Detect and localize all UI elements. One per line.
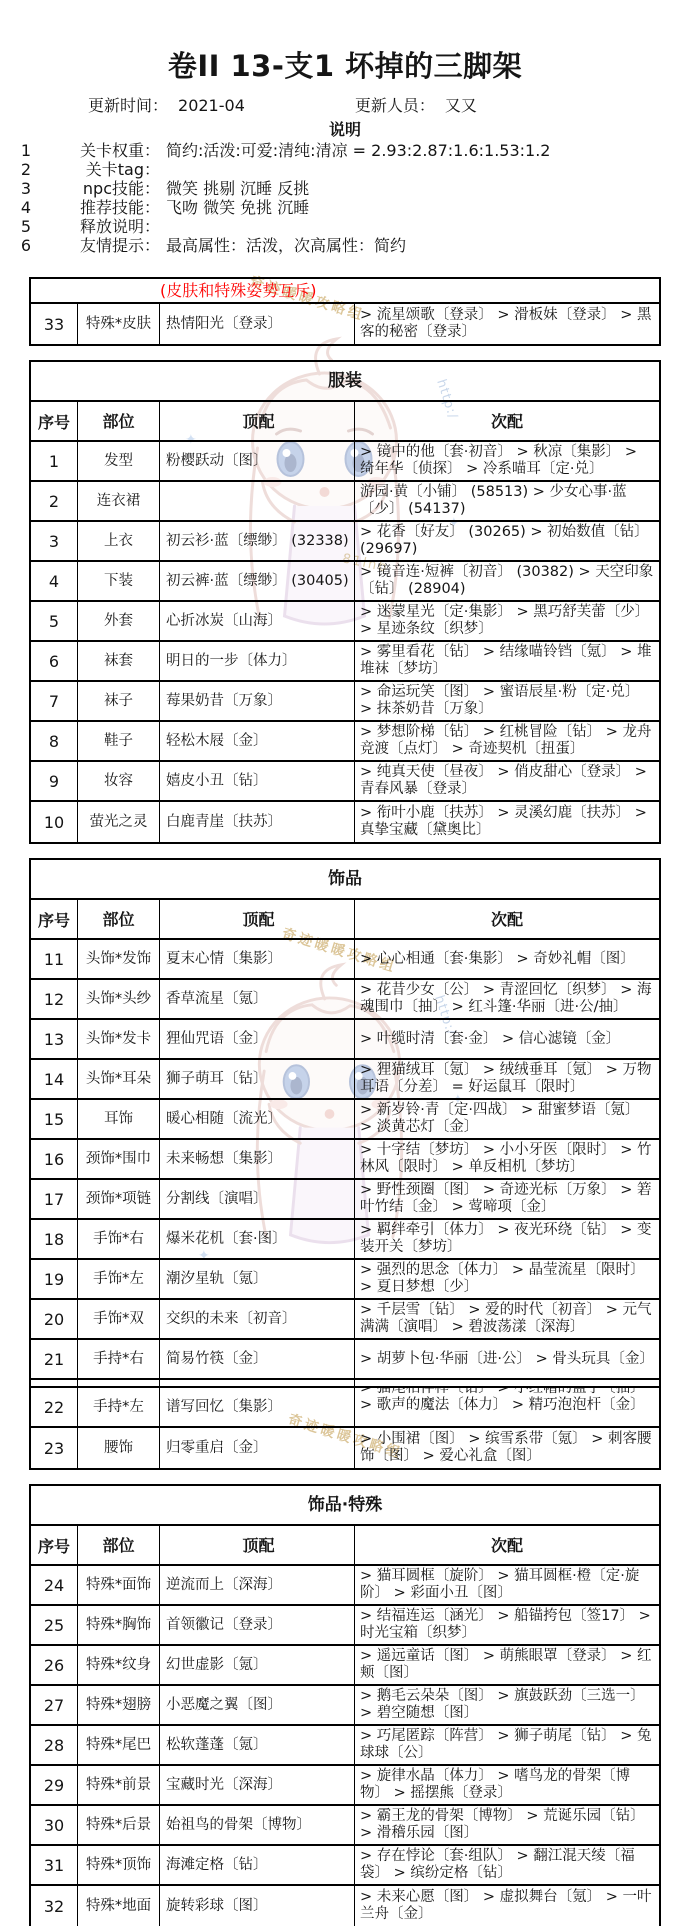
header-cell: 部位: [78, 900, 160, 938]
row-number-cell: 23: [31, 1428, 78, 1468]
part-cell: 手持*右: [78, 1340, 160, 1378]
part-cell: 特殊*胸饰: [78, 1606, 160, 1644]
table-row: 5外套心折冰炭〔山海〕> 迷蒙星光〔定·集影〕 > 黑巧舒芙蕾〔少〕 > 星迹条…: [31, 602, 659, 642]
row-number-cell: 11: [31, 940, 78, 978]
note-row: 3 npc技能： 微笑 挑剔 沉睡 反挑: [0, 179, 690, 198]
row-number-cell: 5: [31, 602, 78, 640]
part-cell: 颈饰*项链: [78, 1180, 160, 1218]
row-number-cell: 20: [31, 1300, 78, 1338]
note-text: [166, 217, 690, 236]
row-number-cell: 25: [31, 1606, 78, 1644]
top-pick-cell: 未来畅想〔集影〕: [160, 1140, 355, 1178]
next-pick-cell: > 迷蒙星光〔定·集影〕 > 黑巧舒芙蕾〔少〕 > 星迹条纹〔织梦〕: [355, 602, 659, 640]
next-pick-text: > 狸猫绒耳〔氪〕 > 绒绒垂耳〔氪〕 > 万物耳语〔分差〕 = 好运鼠耳〔限时…: [360, 1062, 654, 1096]
top-pick-cell: 交织的未来〔初音〕: [160, 1300, 355, 1338]
row-number-cell: 21: [31, 1340, 78, 1378]
next-pick-cell: > 千层雪〔钻〕 > 爱的时代〔初音〕 > 元气满满〔演唱〕 > 碧波荡漾〔深海…: [355, 1300, 659, 1338]
header-cell: 次配: [355, 900, 659, 938]
row-number-cell: 33: [31, 304, 78, 344]
part-cell: 特殊*地面: [78, 1886, 160, 1926]
table-row: 17颈饰*项链分割线〔演唱〕> 野性颈圈〔图〕 > 奇迹光标〔万象〕 > 箬叶竹…: [31, 1180, 659, 1220]
next-pick-text: > 胡萝卜包·华丽〔进·公〕 > 骨头玩具〔金〕: [360, 1351, 654, 1368]
next-pick-cell: > 叶缆时清〔套·金〕 > 信心滤镜〔金〕: [355, 1020, 659, 1058]
header-cell: 顶配: [160, 402, 355, 440]
row-number-cell: 15: [31, 1100, 78, 1138]
part-cell: 鞋子: [78, 722, 160, 760]
top-pick-cell: 幻世虚影〔氪〕: [160, 1646, 355, 1684]
part-cell: 手饰*右: [78, 1220, 160, 1258]
table-row: 15耳饰暖心相随〔流光〕> 新岁铃·青〔定·四战〕 > 甜蜜梦语〔氪〕 > 淡黄…: [31, 1100, 659, 1140]
top-pick-cell: 莓果奶昔〔万象〕: [160, 682, 355, 720]
part-cell: 袜子: [78, 682, 160, 720]
row-number-cell: 4: [31, 562, 78, 600]
next-pick-text: > 镜中的他〔套·初音〕 > 秋凉〔集影〕 > 绮年华〔侦探〕 > 冷系喵耳〔定…: [360, 444, 654, 478]
next-pick-text: > 存在悖论〔套·组队〕 > 翻江混天绫〔福袋〕 > 缤纷定格〔钻〕: [360, 1848, 654, 1882]
note-label: npc技能：: [52, 179, 160, 198]
part-cell: 特殊*尾巴: [78, 1726, 160, 1764]
table-row: 7袜子莓果奶昔〔万象〕> 命运玩笑〔图〕 > 蜜语辰星·粉〔定·兑〕 > 抹茶奶…: [31, 682, 659, 722]
row-number-cell: 2: [31, 482, 78, 520]
top-pick-cell: 逆流而上〔深海〕: [160, 1566, 355, 1604]
next-pick-cell: > 野性颈圈〔图〕 > 奇迹光标〔万象〕 > 箬叶竹结〔金〕 > 莺啼项〔金〕: [355, 1180, 659, 1218]
table-row: 1发型粉樱跃动〔图〕> 镜中的他〔套·初音〕 > 秋凉〔集影〕 > 绮年华〔侦探…: [31, 442, 659, 482]
row-number-cell: 27: [31, 1686, 78, 1724]
header-cell: 顶配: [160, 900, 355, 938]
gap-cell: [31, 1380, 78, 1386]
top-pick-cell: 白鹿青崖〔扶苏〕: [160, 802, 355, 842]
top-pick-cell: 夏末心情〔集影〕: [160, 940, 355, 978]
skin-exclusive-banner: (皮肤和特殊姿势互斥): [31, 279, 659, 304]
top-pick-cell: 分割线〔演唱〕: [160, 1180, 355, 1218]
next-pick-text: > 巧尾匿踪〔阵营〕 > 狮子萌尾〔钻〕 > 兔球球〔公〕: [360, 1728, 654, 1762]
part-cell: 头饰*发饰: [78, 940, 160, 978]
next-pick-text: > 叶缆时清〔套·金〕 > 信心滤镜〔金〕: [360, 1031, 654, 1048]
row-number-cell: 1: [31, 442, 78, 480]
table-row: 29特殊*前景宝藏时光〔深海〕> 旋律水晶〔体力〕 > 嗜鸟龙的骨架〔博物〕 >…: [31, 1766, 659, 1806]
header-cell: 序号: [31, 402, 78, 440]
next-pick-text: > 雾里看花〔钻〕 > 结缘喵铃铛〔氪〕 > 堆堆袜〔梦坊〕: [360, 644, 654, 678]
row-number-cell: 7: [31, 682, 78, 720]
header-cell: 次配: [355, 402, 659, 440]
next-pick-text: > 遥远童话〔图〕 > 萌熊眼罩〔登录〕 > 红颊〔图〕: [360, 1648, 654, 1682]
next-pick-text: > 猫耳圆框〔旋阶〕 > 猫耳圆框·橙〔定·旋阶〕 > 彩面小丑〔图〕: [360, 1568, 654, 1602]
note-label: 推荐技能：: [52, 198, 160, 217]
header-cell: 部位: [78, 1526, 160, 1564]
top-pick-cell: 热情阳光〔登录〕: [160, 304, 355, 344]
row-number-cell: 9: [31, 762, 78, 800]
note-row: 1 关卡权重： 简约:活泼:可爱:清纯:清凉 = 2.93:2.87:1.6:1…: [0, 141, 690, 160]
updater-label: 更新人员：: [355, 96, 435, 116]
part-cell: 特殊*面饰: [78, 1566, 160, 1604]
next-pick-text: > 野性颈圈〔图〕 > 奇迹光标〔万象〕 > 箬叶竹结〔金〕 > 莺啼项〔金〕: [360, 1182, 654, 1216]
top-pick-cell: 初云裤·蓝〔缥缈〕 (30405): [160, 562, 355, 600]
next-pick-cell: > 十字结〔梦坊〕 > 小小牙医〔限时〕 > 竹林风〔限时〕 > 单反相机〔梦坊…: [355, 1140, 659, 1178]
table-row: 18手饰*右爆米花机〔套·图〕> 羁绊牵引〔体力〕 > 夜光环绕〔钻〕 > 变装…: [31, 1220, 659, 1260]
table-accessories: 饰品序号部位顶配次配11头饰*发饰夏末心情〔集影〕> 心心相通〔套·集影〕 > …: [29, 858, 661, 1470]
next-pick-text: 游园·黄〔小铺〕 (58513) > 少女心事·蓝〔少〕 (54137): [360, 484, 654, 518]
note-label: 友情提示：: [52, 236, 160, 255]
next-pick-cell: > 巧尾匿踪〔阵营〕 > 狮子萌尾〔钻〕 > 兔球球〔公〕: [355, 1726, 659, 1764]
part-cell: 萤光之灵: [78, 802, 160, 842]
next-pick-cell: > 雾里看花〔钻〕 > 结缘喵铃铛〔氪〕 > 堆堆袜〔梦坊〕: [355, 642, 659, 680]
next-pick-cell: > 梦想阶梯〔钻〕 > 红桃冒险〔钻〕 > 龙舟竞渡〔点灯〕 > 奇迹契机〔扭蛋…: [355, 722, 659, 760]
update-time-label: 更新时间：: [88, 96, 168, 116]
row-number-cell: 14: [31, 1060, 78, 1098]
table-gap-row: [31, 1380, 659, 1388]
header-cell: 顶配: [160, 1526, 355, 1564]
row-number-cell: 13: [31, 1020, 78, 1058]
top-pick-cell: 初云衫·蓝〔缥缈〕 (32338): [160, 522, 355, 560]
next-pick-cell: > 新岁铃·青〔定·四战〕 > 甜蜜梦语〔氪〕 > 淡黄芯灯〔金〕: [355, 1100, 659, 1138]
next-pick-cell: > 猫尾相伴棒〔钻〕 > 小红帽的篮子〔抽〕 > 歌声的魔法〔体力〕 > 精巧泡…: [355, 1388, 659, 1426]
row-number-cell: 8: [31, 722, 78, 760]
top-pick-cell: [160, 482, 355, 520]
next-pick-text: > 鹅毛云朵朵〔图〕 > 旗鼓跃劲〔三选一〕 > 碧空随想〔图〕: [360, 1688, 654, 1722]
part-cell: 特殊*顶饰: [78, 1846, 160, 1884]
table-header-row: 序号部位顶配次配: [31, 402, 659, 442]
table-row: 30特殊*后景始祖鸟的骨架〔博物〕> 霸王龙的骨架〔博物〕 > 荒诞乐园〔钻〕 …: [31, 1806, 659, 1846]
top-pick-cell: 轻松木屐〔金〕: [160, 722, 355, 760]
note-number: 5: [0, 217, 52, 236]
table-row: 31特殊*顶饰海滩定格〔钻〕> 存在悖论〔套·组队〕 > 翻江混天绫〔福袋〕 >…: [31, 1846, 659, 1886]
part-cell: 特殊*皮肤: [78, 304, 160, 344]
part-cell: 手饰*左: [78, 1260, 160, 1298]
table-row: 32特殊*地面旋转彩球〔图〕> 未来心愿〔图〕 > 虚拟舞台〔氪〕 > 一叶兰舟…: [31, 1886, 659, 1926]
top-pick-cell: 谱写回忆〔集影〕: [160, 1388, 355, 1426]
table-clothing: 服装序号部位顶配次配1发型粉樱跃动〔图〕> 镜中的他〔套·初音〕 > 秋凉〔集影…: [29, 360, 661, 844]
part-cell: 头饰*头纱: [78, 980, 160, 1018]
next-pick-cell: > 纯真天使〔昼夜〕 > 俏皮甜心〔登录〕 > 青春风暴〔登录〕: [355, 762, 659, 800]
table-row: 8鞋子轻松木屐〔金〕> 梦想阶梯〔钻〕 > 红桃冒险〔钻〕 > 龙舟竞渡〔点灯〕…: [31, 722, 659, 762]
top-pick-cell: 小恶魔之翼〔图〕: [160, 1686, 355, 1724]
next-pick-cell: > 命运玩笑〔图〕 > 蜜语辰星·粉〔定·兑〕 > 抹茶奶昔〔万象〕: [355, 682, 659, 720]
table-title: 服装: [31, 362, 659, 402]
row-number-cell: 29: [31, 1766, 78, 1804]
updater-value: 又又: [445, 96, 477, 116]
next-pick-cell: > 强烈的思念〔体力〕 > 晶莹流星〔限时〕 > 夏日梦想〔少〕: [355, 1260, 659, 1298]
next-pick-text: > 迷蒙星光〔定·集影〕 > 黑巧舒芙蕾〔少〕 > 星迹条纹〔织梦〕: [360, 604, 654, 638]
row-number-cell: 3: [31, 522, 78, 560]
table-row: 3上衣初云衫·蓝〔缥缈〕 (32338)> 花香〔好友〕 (30265) > 初…: [31, 522, 659, 562]
note-text: 微笑 挑剔 沉睡 反挑: [166, 179, 690, 198]
row-number-cell: 19: [31, 1260, 78, 1298]
gap-cell: [355, 1380, 659, 1386]
next-pick-cell: > 小围裙〔图〕 > 缤雪系带〔氪〕 > 刺客腰饰〔图〕 > 爱心礼盒〔图〕: [355, 1428, 659, 1468]
next-pick-cell: > 流星颂歌〔登录〕 > 滑板妹〔登录〕 > 黑客的秘密〔登录〕: [355, 304, 659, 344]
table-row: 6袜套明日的一步〔体力〕> 雾里看花〔钻〕 > 结缘喵铃铛〔氪〕 > 堆堆袜〔梦…: [31, 642, 659, 682]
table-row: 25特殊*胸饰首领徽记〔登录〕> 结福连运〔涵光〕 > 船锚挎包〔签17〕 > …: [31, 1606, 659, 1646]
next-pick-cell: > 猫耳圆框〔旋阶〕 > 猫耳圆框·橙〔定·旋阶〕 > 彩面小丑〔图〕: [355, 1566, 659, 1604]
next-pick-text: > 衔叶小鹿〔扶苏〕 > 灵溪幻鹿〔扶苏〕 > 真挚宝藏〔黛奥比〕: [360, 805, 654, 839]
row-number-cell: 22: [31, 1388, 78, 1426]
row-number-cell: 18: [31, 1220, 78, 1258]
top-pick-cell: 松软蓬蓬〔氪〕: [160, 1726, 355, 1764]
meta-line: 更新时间： 2021-04 更新人员： 又又: [88, 96, 690, 116]
row-number-cell: 17: [31, 1180, 78, 1218]
note-row: 5 释放说明：: [0, 217, 690, 236]
top-pick-cell: 爆米花机〔套·图〕: [160, 1220, 355, 1258]
table-row: 28特殊*尾巴松软蓬蓬〔氪〕> 巧尾匿踪〔阵营〕 > 狮子萌尾〔钻〕 > 兔球球…: [31, 1726, 659, 1766]
part-cell: 连衣裙: [78, 482, 160, 520]
next-pick-text: > 未来心愿〔图〕 > 虚拟舞台〔氪〕 > 一叶兰舟〔金〕: [360, 1889, 654, 1923]
note-row: 6 友情提示： 最高属性：活泼，次高属性：简约: [0, 236, 690, 255]
part-cell: 外套: [78, 602, 160, 640]
row-number-cell: 32: [31, 1886, 78, 1926]
top-pick-cell: 狸仙咒语〔金〕: [160, 1020, 355, 1058]
notes-title: 说明: [0, 120, 690, 140]
next-pick-cell: > 旋律水晶〔体力〕 > 嗜鸟龙的骨架〔博物〕 > 摇摆熊〔登录〕: [355, 1766, 659, 1804]
note-row: 2 关卡tag：: [0, 160, 690, 179]
next-pick-cell: > 花昔少女〔公〕 > 青涩回忆〔织梦〕 > 海魂围巾〔抽〕 > 红斗篷·华丽〔…: [355, 980, 659, 1018]
header-cell: 序号: [31, 900, 78, 938]
top-pick-cell: 嬉皮小丑〔钻〕: [160, 762, 355, 800]
update-time-value: 2021-04: [178, 96, 245, 116]
note-number: 6: [0, 236, 52, 255]
next-pick-text: > 千层雪〔钻〕 > 爱的时代〔初音〕 > 元气满满〔演唱〕 > 碧波荡漾〔深海…: [360, 1302, 654, 1336]
top-pick-cell: 宝藏时光〔深海〕: [160, 1766, 355, 1804]
row-number-cell: 12: [31, 980, 78, 1018]
table-header-row: 序号部位顶配次配: [31, 900, 659, 940]
part-cell: 妆容: [78, 762, 160, 800]
table-title: 饰品: [31, 860, 659, 900]
part-cell: 特殊*翅膀: [78, 1686, 160, 1724]
next-pick-text: > 强烈的思念〔体力〕 > 晶莹流星〔限时〕 > 夏日梦想〔少〕: [360, 1262, 654, 1296]
next-pick-cell: > 霸王龙的骨架〔博物〕 > 荒诞乐园〔钻〕 > 滑稽乐园〔图〕: [355, 1806, 659, 1844]
next-pick-cell: > 存在悖论〔套·组队〕 > 翻江混天绫〔福袋〕 > 缤纷定格〔钻〕: [355, 1846, 659, 1884]
next-pick-text: > 小围裙〔图〕 > 缤雪系带〔氪〕 > 刺客腰饰〔图〕 > 爱心礼盒〔图〕: [360, 1431, 654, 1465]
top-pick-cell: 明日的一步〔体力〕: [160, 642, 355, 680]
part-cell: 腰饰: [78, 1428, 160, 1468]
top-pick-cell: 海滩定格〔钻〕: [160, 1846, 355, 1884]
next-pick-cell: > 心心相通〔套·集影〕 > 奇妙礼帽〔图〕: [355, 940, 659, 978]
table-row: 33特殊*皮肤热情阳光〔登录〕> 流星颂歌〔登录〕 > 滑板妹〔登录〕 > 黑客…: [31, 304, 659, 344]
row-number-cell: 28: [31, 1726, 78, 1764]
table-row: 20手饰*双交织的未来〔初音〕> 千层雪〔钻〕 > 爱的时代〔初音〕 > 元气满…: [31, 1300, 659, 1340]
table-row: 16颈饰*围巾未来畅想〔集影〕> 十字结〔梦坊〕 > 小小牙医〔限时〕 > 竹林…: [31, 1140, 659, 1180]
next-pick-text: > 花香〔好友〕 (30265) > 初始数值〔钻〕 (29697): [360, 524, 654, 558]
top-pick-cell: 首领徽记〔登录〕: [160, 1606, 355, 1644]
top-pick-cell: 始祖鸟的骨架〔博物〕: [160, 1806, 355, 1844]
row-number-cell: 6: [31, 642, 78, 680]
next-pick-cell: > 未来心愿〔图〕 > 虚拟舞台〔氪〕 > 一叶兰舟〔金〕: [355, 1886, 659, 1926]
note-text: 最高属性：活泼，次高属性：简约: [166, 236, 690, 255]
table-row: 2连衣裙游园·黄〔小铺〕 (58513) > 少女心事·蓝〔少〕 (54137): [31, 482, 659, 522]
row-number-cell: 26: [31, 1646, 78, 1684]
next-pick-text: > 命运玩笑〔图〕 > 蜜语辰星·粉〔定·兑〕 > 抹茶奶昔〔万象〕: [360, 684, 654, 718]
part-cell: 下装: [78, 562, 160, 600]
part-cell: 特殊*后景: [78, 1806, 160, 1844]
next-pick-cell: > 羁绊牵引〔体力〕 > 夜光环绕〔钻〕 > 变装开关〔梦坊〕: [355, 1220, 659, 1258]
table-header-row: 序号部位顶配次配: [31, 1526, 659, 1566]
row-number-cell: 10: [31, 802, 78, 842]
next-pick-cell: > 鹅毛云朵朵〔图〕 > 旗鼓跃劲〔三选一〕 > 碧空随想〔图〕: [355, 1686, 659, 1724]
next-pick-cell: > 镜音连·短裤〔初音〕 (30382) > 天空印象〔钻〕 (28904): [355, 562, 659, 600]
part-cell: 头饰*耳朵: [78, 1060, 160, 1098]
top-pick-cell: 粉樱跃动〔图〕: [160, 442, 355, 480]
table-accessories-special: 饰品·特殊序号部位顶配次配24特殊*面饰逆流而上〔深海〕> 猫耳圆框〔旋阶〕 >…: [29, 1484, 661, 1926]
table-row: 4下装初云裤·蓝〔缥缈〕 (30405)> 镜音连·短裤〔初音〕 (30382)…: [31, 562, 659, 602]
part-cell: 手持*左: [78, 1388, 160, 1426]
table-row: 27特殊*翅膀小恶魔之翼〔图〕> 鹅毛云朵朵〔图〕 > 旗鼓跃劲〔三选一〕 > …: [31, 1686, 659, 1726]
page-title: 卷II 13-支1 坏掉的三脚架: [0, 0, 690, 84]
note-number: 1: [0, 141, 52, 160]
next-pick-cell: > 衔叶小鹿〔扶苏〕 > 灵溪幻鹿〔扶苏〕 > 真挚宝藏〔黛奥比〕: [355, 802, 659, 842]
next-pick-cell: > 胡萝卜包·华丽〔进·公〕 > 骨头玩具〔金〕: [355, 1340, 659, 1378]
next-pick-text: > 新岁铃·青〔定·四战〕 > 甜蜜梦语〔氪〕 > 淡黄芯灯〔金〕: [360, 1102, 654, 1136]
part-cell: 头饰*发卡: [78, 1020, 160, 1058]
next-pick-cell: > 结福连运〔涵光〕 > 船锚挎包〔签17〕 > 时光宝箱〔织梦〕: [355, 1606, 659, 1644]
top-pick-cell: 暖心相随〔流光〕: [160, 1100, 355, 1138]
next-pick-text: > 结福连运〔涵光〕 > 船锚挎包〔签17〕 > 时光宝箱〔织梦〕: [360, 1608, 654, 1642]
notes-list: 1 关卡权重： 简约:活泼:可爱:清纯:清凉 = 2.93:2.87:1.6:1…: [0, 141, 690, 255]
part-cell: 特殊*前景: [78, 1766, 160, 1804]
part-cell: 颈饰*围巾: [78, 1140, 160, 1178]
note-label: 关卡权重：: [52, 141, 160, 160]
gap-cell: [78, 1380, 160, 1386]
table-row: 22手持*左谱写回忆〔集影〕> 猫尾相伴棒〔钻〕 > 小红帽的篮子〔抽〕 > 歌…: [31, 1388, 659, 1428]
table-skin: (皮肤和特殊姿势互斥)33特殊*皮肤热情阳光〔登录〕> 流星颂歌〔登录〕 > 滑…: [29, 277, 661, 346]
next-pick-text: > 羁绊牵引〔体力〕 > 夜光环绕〔钻〕 > 变装开关〔梦坊〕: [360, 1222, 654, 1256]
top-pick-cell: 潮汐星轨〔氪〕: [160, 1260, 355, 1298]
next-pick-cell: > 镜中的他〔套·初音〕 > 秋凉〔集影〕 > 绮年华〔侦探〕 > 冷系喵耳〔定…: [355, 442, 659, 480]
next-pick-text: > 流星颂歌〔登录〕 > 滑板妹〔登录〕 > 黑客的秘密〔登录〕: [360, 307, 654, 341]
next-pick-text: > 霸王龙的骨架〔博物〕 > 荒诞乐园〔钻〕 > 滑稽乐园〔图〕: [360, 1808, 654, 1842]
top-pick-cell: 归零重启〔金〕: [160, 1428, 355, 1468]
table-row: 24特殊*面饰逆流而上〔深海〕> 猫耳圆框〔旋阶〕 > 猫耳圆框·橙〔定·旋阶〕…: [31, 1566, 659, 1606]
next-pick-text: > 纯真天使〔昼夜〕 > 俏皮甜心〔登录〕 > 青春风暴〔登录〕: [360, 764, 654, 798]
next-pick-text: > 镜音连·短裤〔初音〕 (30382) > 天空印象〔钻〕 (28904): [360, 564, 654, 598]
note-label: 关卡tag：: [52, 160, 160, 179]
top-pick-cell: 狮子萌耳〔钻〕: [160, 1060, 355, 1098]
table-row: 10萤光之灵白鹿青崖〔扶苏〕> 衔叶小鹿〔扶苏〕 > 灵溪幻鹿〔扶苏〕 > 真挚…: [31, 802, 659, 842]
note-number: 4: [0, 198, 52, 217]
next-pick-cell: > 遥远童话〔图〕 > 萌熊眼罩〔登录〕 > 红颊〔图〕: [355, 1646, 659, 1684]
top-pick-cell: 香草流星〔氪〕: [160, 980, 355, 1018]
part-cell: 发型: [78, 442, 160, 480]
table-row: 9妆容嬉皮小丑〔钻〕> 纯真天使〔昼夜〕 > 俏皮甜心〔登录〕 > 青春风暴〔登…: [31, 762, 659, 802]
next-pick-text: > 猫尾相伴棒〔钻〕 > 小红帽的篮子〔抽〕 > 歌声的魔法〔体力〕 > 精巧泡…: [360, 1388, 654, 1414]
part-cell: 上衣: [78, 522, 160, 560]
table-row: 21手持*右简易竹筷〔金〕> 胡萝卜包·华丽〔进·公〕 > 骨头玩具〔金〕: [31, 1340, 659, 1380]
note-label: 释放说明：: [52, 217, 160, 236]
header-cell: 序号: [31, 1526, 78, 1564]
next-pick-text: > 十字结〔梦坊〕 > 小小牙医〔限时〕 > 竹林风〔限时〕 > 单反相机〔梦坊…: [360, 1142, 654, 1176]
note-row: 4 推荐技能： 飞吻 微笑 免挑 沉睡: [0, 198, 690, 217]
header-cell: 部位: [78, 402, 160, 440]
table-row: 26特殊*纹身幻世虚影〔氪〕> 遥远童话〔图〕 > 萌熊眼罩〔登录〕 > 红颊〔…: [31, 1646, 659, 1686]
part-cell: 特殊*纹身: [78, 1646, 160, 1684]
skin-banner-text: (皮肤和特殊姿势互斥): [31, 281, 445, 300]
top-pick-cell: 心折冰炭〔山海〕: [160, 602, 355, 640]
table-row: 23腰饰归零重启〔金〕> 小围裙〔图〕 > 缤雪系带〔氪〕 > 刺客腰饰〔图〕 …: [31, 1428, 659, 1468]
next-pick-cell: > 狸猫绒耳〔氪〕 > 绒绒垂耳〔氪〕 > 万物耳语〔分差〕 = 好运鼠耳〔限时…: [355, 1060, 659, 1098]
table-row: 19手饰*左潮汐星轨〔氪〕> 强烈的思念〔体力〕 > 晶莹流星〔限时〕 > 夏日…: [31, 1260, 659, 1300]
row-number-cell: 31: [31, 1846, 78, 1884]
next-pick-text: > 花昔少女〔公〕 > 青涩回忆〔织梦〕 > 海魂围巾〔抽〕 > 红斗篷·华丽〔…: [360, 982, 654, 1016]
note-number: 2: [0, 160, 52, 179]
guide-document: 卷II 13-支1 坏掉的三脚架 更新时间： 2021-04 更新人员： 又又 …: [0, 0, 690, 1926]
row-number-cell: 16: [31, 1140, 78, 1178]
table-row: 14头饰*耳朵狮子萌耳〔钻〕> 狸猫绒耳〔氪〕 > 绒绒垂耳〔氪〕 > 万物耳语…: [31, 1060, 659, 1100]
table-row: 11头饰*发饰夏末心情〔集影〕> 心心相通〔套·集影〕 > 奇妙礼帽〔图〕: [31, 940, 659, 980]
next-pick-cell: 游园·黄〔小铺〕 (58513) > 少女心事·蓝〔少〕 (54137): [355, 482, 659, 520]
part-cell: 袜套: [78, 642, 160, 680]
row-number-cell: 24: [31, 1566, 78, 1604]
gap-cell: [160, 1380, 355, 1386]
note-text: 简约:活泼:可爱:清纯:清凉 = 2.93:2.87:1.6:1.53:1.2: [166, 141, 690, 160]
table-row: 13头饰*发卡狸仙咒语〔金〕> 叶缆时清〔套·金〕 > 信心滤镜〔金〕: [31, 1020, 659, 1060]
note-number: 3: [0, 179, 52, 198]
row-number-cell: 30: [31, 1806, 78, 1844]
header-cell: 次配: [355, 1526, 659, 1564]
next-pick-text: > 旋律水晶〔体力〕 > 嗜鸟龙的骨架〔博物〕 > 摇摆熊〔登录〕: [360, 1768, 654, 1802]
next-pick-cell: > 花香〔好友〕 (30265) > 初始数值〔钻〕 (29697): [355, 522, 659, 560]
top-pick-cell: 旋转彩球〔图〕: [160, 1886, 355, 1926]
table-row: 12头饰*头纱香草流星〔氪〕> 花昔少女〔公〕 > 青涩回忆〔织梦〕 > 海魂围…: [31, 980, 659, 1020]
note-text: 飞吻 微笑 免挑 沉睡: [166, 198, 690, 217]
table-title: 饰品·特殊: [31, 1486, 659, 1526]
next-pick-text: > 心心相通〔套·集影〕 > 奇妙礼帽〔图〕: [360, 951, 654, 968]
part-cell: 耳饰: [78, 1100, 160, 1138]
part-cell: 手饰*双: [78, 1300, 160, 1338]
note-text: [166, 160, 690, 179]
next-pick-text: > 梦想阶梯〔钻〕 > 红桃冒险〔钻〕 > 龙舟竞渡〔点灯〕 > 奇迹契机〔扭蛋…: [360, 724, 654, 758]
top-pick-cell: 简易竹筷〔金〕: [160, 1340, 355, 1378]
